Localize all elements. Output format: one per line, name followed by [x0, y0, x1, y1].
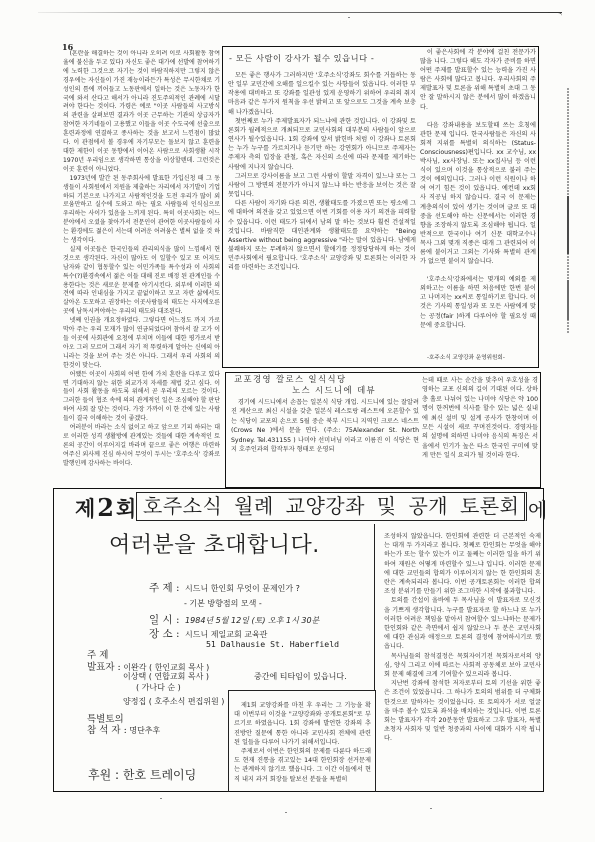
invitation-subheadline: 여러분을 초대합니다.	[109, 528, 320, 559]
inset-paragraph: 제1회 교양강좌를 마친 후 우리는 그 기능을 확대 이번부터 이것을 "교양…	[234, 701, 371, 747]
event-venue-value: 시드니 제일교회 교육관	[185, 630, 267, 639]
news-paragraph: 경기에 시드니에서 손꼽는 일본식 식당 개업. 시드니에 있는 잘알려진 계산…	[231, 398, 419, 454]
event-datetime-row: 일 시 : 1984년 5월 12일 (토) 오후 1시 30분	[149, 612, 319, 627]
article-paragraph: 실제 이곳들은 한국인들의 관리의식을 많이 느낌해서 현것으로 생각된다. 자…	[63, 246, 220, 317]
headline-end: 에	[528, 494, 547, 523]
scan-speck	[430, 808, 432, 809]
event-venue-address: 51 Dalhausie St. Haberfield	[206, 639, 339, 649]
notice-paragraph: 그러므로 강사이름을 보고 그런 사람이 할말 자격이 있느냐 또는 그 사람이…	[228, 172, 416, 199]
invitation-right-column: 조성하지 않았읍니다. 한인회에 관련한 더 근본적인 숙제는 대개 두 가지라…	[384, 532, 541, 788]
inset-text: 제1회 교양강좌를 마친 후 우리는 그 기능을 확대 이번부터 이것을 "교양…	[234, 701, 371, 791]
restaurant-news-box: 교포경영 깔로스 일식식당 노스 시드니에 데뷰 경기에 시드니에서 손꼽는 일…	[225, 372, 541, 488]
lecture-notice-column-2: 이 좋은사회에 각 분야에 걸친 전문가가 많을 니다. 그렇다 해도 각자가 …	[420, 48, 536, 350]
article-paragraph: 여러분이 바라는 소식 없이고 하고 앞으로 기피 하되는 대로 이러한 성격 …	[63, 424, 220, 469]
notice-paragraph: 첫번째로 누가 주제발표자가 되느냐에 관한 것입니다. 이 강좌및 토론회가 …	[228, 117, 416, 172]
event-topic-sub: - 기본 방향점의 모색 -	[184, 598, 262, 609]
attendees-label: 참 석 자 :	[87, 725, 127, 736]
article-paragraph: 1973년에 발간 된 동주회사에 발표한 가입신청 때 그 동생들이 사회원에…	[63, 175, 220, 246]
invitation-paragraph: 토의를 간섭이 올바에 두 목사님을 이 발표자로 모신것을 기쁘게 생각합니다…	[384, 596, 541, 651]
invitation-paragraph: 지난번 강좌에 참석한 저자로부터 토의 기선을 위한 좋은 조건이 있었읍니다…	[384, 679, 541, 743]
scan-speck	[160, 798, 162, 799]
lecture-notice-title: - 모든 사람이 강사가 될수 있읍니다 -	[229, 53, 374, 64]
article-paragraph: 어쨌든 이곳이 사회의 어떤 한에 가치 혼란을 다루고 있다면 기대하지 않는…	[63, 371, 220, 424]
scan-edge-curve	[548, 12, 562, 16]
page-binding-shadow-dark	[567, 280, 569, 320]
event-topic-value: 시드니 한인회 무엇이 문제인가 ?	[185, 584, 300, 593]
event-topic-row: 주 제 : 시드니 한인회 무엇이 문제인가 ?	[149, 580, 300, 595]
notice-paragraph: '호주소식'강좌에서는 몇개의 예외를 제외하고는 이름을 하면 처음에만 한번…	[420, 275, 536, 330]
event-venue-label: 장 소 :	[149, 628, 180, 640]
lecture-notice-box: - 모든 사람이 강사가 될수 있읍니다 - 모든 좋은 행사가 그러하지만 '…	[222, 46, 539, 368]
headline-suffix: 회	[116, 497, 136, 521]
attendees-value: 명단추후	[129, 726, 160, 735]
presenter-order-note: ( 가나다 순 )	[136, 682, 181, 693]
invitation-paragraph: 목사님들의 참석결정은 목회자이기전 목회자로서의 양심, 양식 그리고 이에 …	[384, 652, 541, 680]
page-binding-shadow-dark	[567, 196, 569, 254]
scan-speck	[348, 17, 350, 18]
notice-paragraph: 모든 좋은 행사가 그러하지만 '호주소식'강좌도 회수를 거듭하는 동안 일부…	[228, 71, 416, 117]
headline-boxed-title: 호주소식 월례 교양강좌 및 공개 토론회	[136, 492, 527, 521]
notice-paragraph: 이 좋은사회에 각 분야에 걸친 전문가가 많을 니다. 그렇다 해도 각자가 …	[420, 48, 536, 112]
event-datetime-label: 일 시 :	[149, 614, 180, 626]
notice-paragraph: 다음 강좌내용을 보도할때 쓰는 호칭에 관한 문제 입니다. 한국사람들은 자…	[420, 121, 536, 267]
left-article-column: (혼란을 해결하는 것이 아니라 오히려 이로 사회활동 참여율에 불신을 두고…	[63, 50, 220, 490]
notice-paragraph: 다른 사람이 자기와 다른 의견, 생활태도를 가졌으면 또는 평소에 그에 대…	[228, 199, 416, 272]
article-paragraph: 넷째 인권을 개요정하였다. 그렇다면 어느정도 까지 가로막아 주는 우리 모…	[63, 317, 220, 370]
news-paragraph: 는데 때로 사는 순간을 맞추어 우호성을 경영하는 교포 신의의 길이 기대된…	[422, 376, 538, 461]
lecture-notice-column-1: 모든 좋은 행사가 그러하지만 '호주소식'강좌도 회수를 거듭하는 동안 일부…	[228, 71, 416, 365]
inset-paragraph: 주제로서 이번은 한인회의 문제를 다룬다 하드래도 현재 진통을 겪고있는 1…	[234, 747, 371, 784]
column-divider	[374, 524, 375, 690]
headline-number: 2	[97, 493, 114, 522]
sponsor-line: 후원 : 한호 트레이딩	[88, 766, 196, 783]
restaurant-news-subtitle: 노스 시드니에 데뷰	[292, 384, 376, 396]
event-topic-label: 주 제 :	[149, 582, 180, 594]
presenter: 이상택 ( 연합교회 목사 )	[123, 671, 209, 682]
newspaper-page: 16 (혼란을 해결하는 것이 아니라 오히려 이로 사회활동 참여율에 불신을…	[0, 0, 595, 842]
restaurant-news-column-1: 경기에 시드니에서 손꼽는 일본식 식당 개업. 시드니에 있는 잘알려진 계산…	[231, 398, 419, 487]
invitation-box: 제2회 호주소식 월례 교양강좌 및 공개 토론회 에 여러분을 초대합니다. …	[53, 488, 544, 792]
invitation-inset-box: 제1회 교양강좌를 마친 후 우리는 그 기능을 확대 이번부터 이것을 "교양…	[228, 690, 376, 792]
presenter: 양정집 ( 호주소식 편집위원 )	[123, 696, 224, 707]
invitation-paragraph: 조성하지 않았읍니다. 한인회에 관련한 더 근본적인 숙제는 대개 두 가지라…	[384, 532, 541, 596]
presenters-label: 발표자 :	[87, 662, 121, 673]
restaurant-news-column-2: 는데 때로 사는 순간을 맞추어 우호성을 경영하는 교포 신의의 길이 기대된…	[422, 376, 538, 486]
notice-signature: -호주소식 교양강좌 운영위원회-	[427, 353, 505, 361]
headline-session-number: 제2회	[75, 493, 136, 523]
scan-edge-line	[38, 12, 562, 13]
tea-time-note: 중간에 티타임이 있읍니다.	[254, 671, 347, 682]
headline-prefix: 제	[75, 497, 95, 521]
event-datetime-value: 1984년 5월 12일 (토) 오후 1시 30분	[185, 616, 319, 625]
scan-speck	[285, 812, 287, 813]
attendees-row: 참 석 자 : 명단추후	[87, 722, 160, 736]
article-paragraph: (혼란을 해결하는 것이 아니라 오히려 이로 사회활동 참여율에 불신을 두고…	[63, 50, 220, 175]
